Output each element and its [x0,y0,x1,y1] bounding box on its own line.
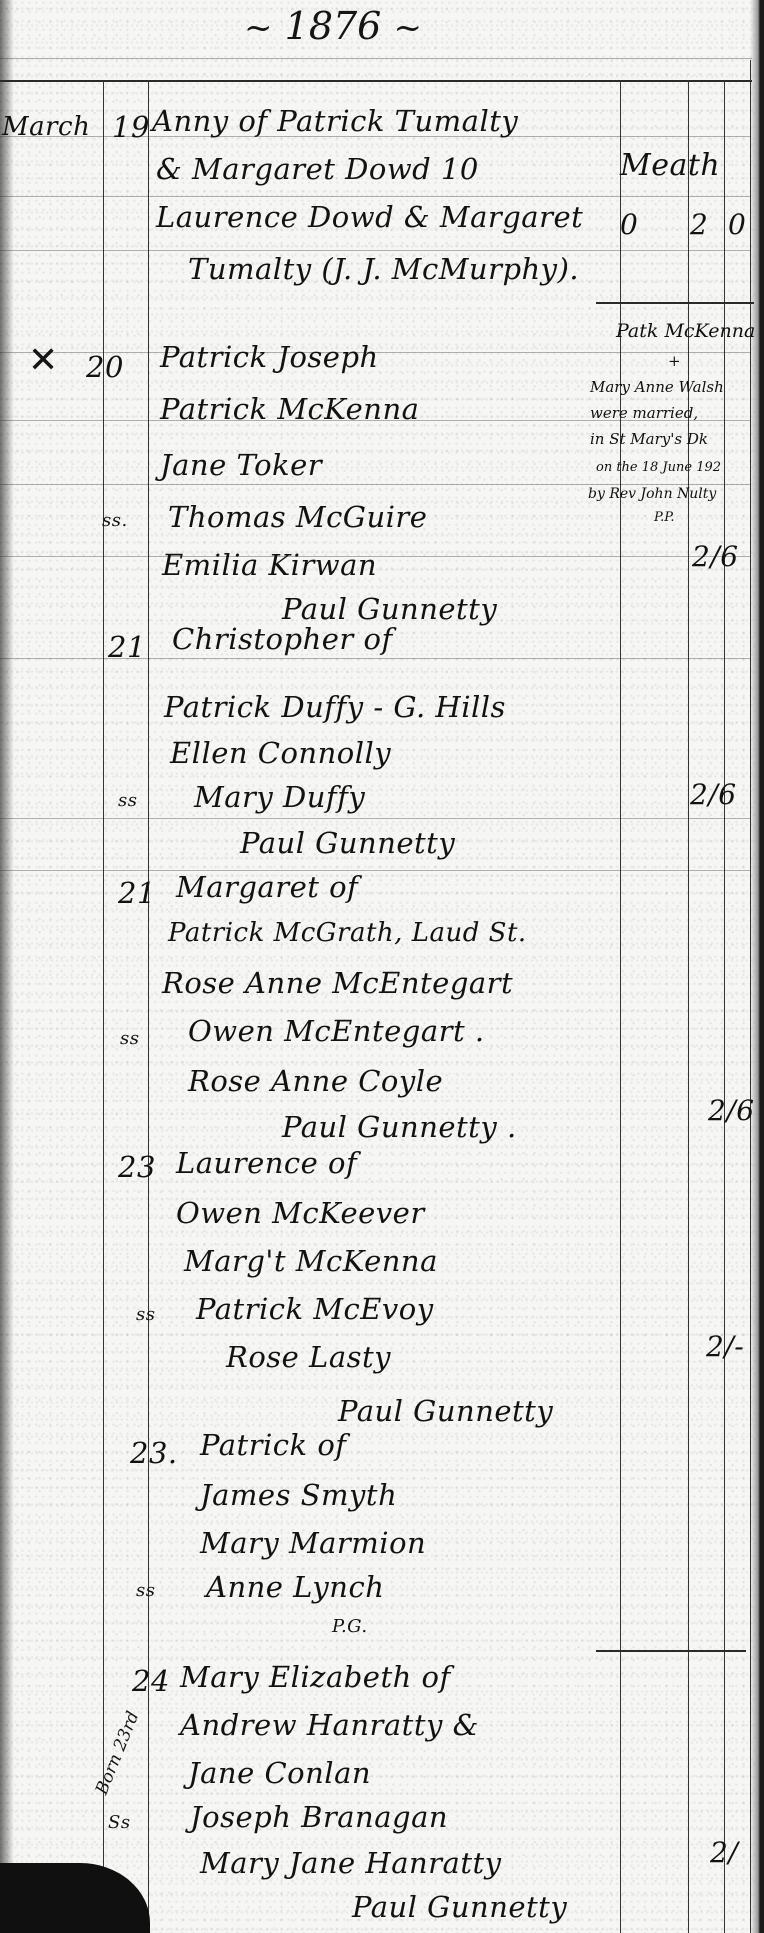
page-edge [750,0,764,1933]
sponsor-line: Anne Lynch [206,1570,384,1604]
entry-line: Patrick McGrath, Laud St. [168,918,527,948]
entry-line: Patrick Joseph [160,340,379,374]
sponsors-label: ss [136,1304,155,1325]
entry-day: 19 [112,110,150,144]
binding-shadow [0,0,14,1933]
ruled-line [596,1650,746,1652]
register-page: ~ 1876 ~ March 19 Anny of Patrick Tumalt… [0,0,764,1933]
sponsors-label: ss [120,1028,139,1049]
sponsor-line: Owen McEntegart . [188,1014,485,1048]
sponsors-label: ss. [102,510,128,531]
sponsor-line: Joseph Branagan [190,1800,448,1834]
column-line-day [148,80,149,1933]
tilde-right: ~ [393,8,422,48]
sponsor-line: Rose Anne Coyle [188,1064,443,1098]
fee-amount: 2/ [710,1836,738,1869]
entry-line: Laurence Dowd & Margaret [156,200,583,234]
thumb-shadow [0,1863,150,1933]
entry-line: Patrick McKenna [160,392,419,426]
annotation-line: in St Mary's Dk [590,430,708,448]
annotation-line: were married, [590,404,698,422]
entry-line: Tumalty (J. J. McMurphy). [188,252,579,286]
fee-shillings: 2 [690,208,708,241]
entry-line: Jane Conlan [188,1756,371,1790]
entry-line: Mary Elizabeth of [180,1660,451,1694]
year-text: 1876 [285,4,382,48]
entry-line: Mary Marmion [200,1526,426,1560]
entry-line: Jane Toker [160,448,322,482]
priest-signature: Paul Gunnetty . [282,1110,517,1144]
born-note: Born 23rd [92,1709,143,1798]
priest-signature: Paul Gunnetty [240,826,455,860]
entry-line: & Margaret Dowd 10 [156,152,479,186]
fee-amount: 2/- [706,1330,744,1363]
entry-line: Ellen Connolly [170,736,391,770]
entry-line: Patrick Duffy - G. Hills [164,690,506,724]
cross-marker-icon: ✕ [28,340,58,381]
entry-line: Rose Anne McEntegart [162,966,513,1000]
entry-line: Andrew Hanratty & [180,1708,479,1742]
entry-line: Owen McKeever [176,1196,425,1230]
sponsor-line: Mary Jane Hanratty [200,1846,502,1880]
entry-day: 20 [86,350,124,384]
ruled-line [0,818,750,819]
header-rule [0,80,752,82]
entry-day: 23. [130,1436,178,1470]
fee-amount: 2/6 [690,778,737,811]
entry-day: 23 [118,1150,156,1184]
entry-line: Anny of Patrick Tumalty [152,104,518,138]
sponsors-label: ss [136,1580,155,1601]
ruled-line [0,58,752,59]
sponsor-line: Rose Lasty [226,1340,391,1374]
entry-line: Christopher of [172,622,393,656]
year-heading: ~ 1876 ~ [178,4,488,48]
priest-signature: Paul Gunnetty [282,592,497,626]
sponsor-line: Mary Duffy [194,780,365,814]
marriage-annotation: Patk McKenna + Mary Anne Walsh were marr… [588,300,758,552]
entry-day: 24 [132,1664,170,1698]
entry-line: Marg't McKenna [184,1244,438,1278]
sponsors-label: Ss [108,1812,131,1833]
tilde-left: ~ [244,8,273,48]
annotation-line: Patk McKenna [616,320,755,342]
entry-day: 21 [108,630,146,664]
entry-line: James Smyth [200,1478,397,1512]
entry-line: Laurence of [176,1146,357,1180]
entry-line: Margaret of [176,870,358,904]
annotation-line: + [668,352,681,370]
ruled-line [0,196,750,197]
priest-initials: P.G. [332,1616,368,1637]
sponsor-line: Thomas McGuire [168,500,427,534]
fee-amount: 2/6 [708,1094,755,1127]
priest-signature: Paul Gunnetty [352,1890,567,1924]
ruled-line [0,870,750,871]
margin-note: Meath [620,148,720,183]
fee-pence: 0 [728,208,746,241]
sponsor-line: Patrick McEvoy [196,1292,434,1326]
annotation-line: on the 18 June 192 [596,460,721,475]
sponsor-line: Emilia Kirwan [162,548,377,582]
priest-signature: Paul Gunnetty [338,1394,553,1428]
ruled-line [0,250,750,251]
annotation-line: P.P. [654,510,675,525]
fee-pounds: 0 [620,208,638,241]
annotation-line: by Rev John Nulty [588,486,716,502]
entry-day: 21 [118,876,156,910]
sponsors-label: ss [118,790,137,811]
entry-line: Patrick of [200,1428,347,1462]
month-label: March [2,112,90,142]
annotation-line: Mary Anne Walsh [590,378,724,396]
